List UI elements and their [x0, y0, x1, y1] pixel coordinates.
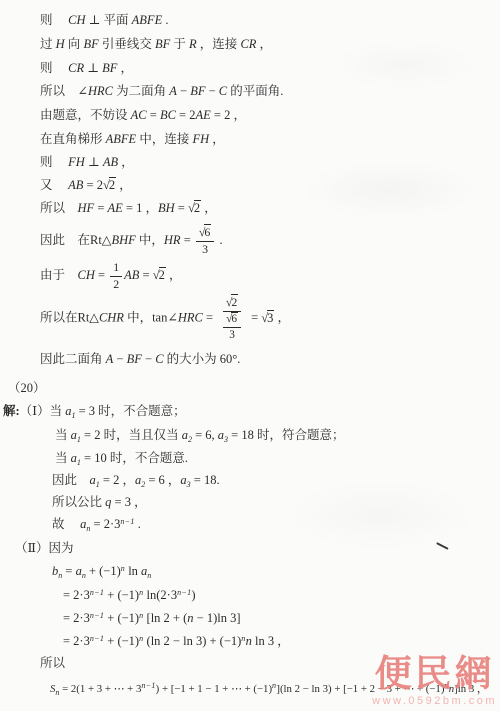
text-line: Sn = 2(1 + 3 + ⋯ + 3n−1) + [−1 + 1 − 1 +… — [50, 681, 488, 698]
text-line: 所以 — [40, 656, 65, 672]
text-line: （Ⅱ）因为 — [15, 541, 74, 557]
radical: √2 — [188, 201, 201, 217]
text-line: = 2·3n−1 + (−1)n ln(2·3n−1) — [63, 588, 196, 604]
scan-smudge — [300, 160, 480, 220]
radical: √2 — [103, 178, 116, 194]
pen-mark — [436, 542, 448, 549]
text-line: 又 AB = 2√2 ， — [40, 178, 132, 194]
text-line: 在直角梯形 ABFE 中，连接 FH ， — [40, 132, 225, 148]
fraction: √63 — [223, 313, 241, 342]
radical: √2 — [226, 296, 238, 310]
text-line: = 2·3n−1 + (−1)n (ln 2 − ln 3) + (−1)nn … — [63, 634, 290, 650]
text-line: （20） — [8, 381, 46, 397]
radical: √2 — [153, 268, 166, 284]
text-line: 因此 在Rt△BHF 中，HR = √63 . — [40, 226, 223, 256]
radical: √6 — [226, 313, 238, 326]
text-line: 则 CH ⊥ 平面 ABFE . — [40, 13, 168, 29]
text-line: 所以在Rt△CHR 中，tan∠HRC = √2√63 = √3 ， — [40, 296, 290, 342]
fraction: √2√63 — [218, 296, 246, 342]
text-line: 所以公比 q = 3 ， — [52, 495, 147, 511]
text-line: 则 FH ⊥ AB ， — [40, 155, 134, 171]
document-page: 则 CH ⊥ 平面 ABFE .过 H 向 BF 引垂线交 BF 于 R ，连接… — [0, 0, 500, 711]
text-line: 因此 a1 = 2 ，a2 = 6 ，a3 = 18. — [52, 473, 220, 490]
text-line: 由题意，不妨设 AC = BC = 2AE = 2 ， — [40, 108, 246, 124]
fraction: √63 — [196, 226, 214, 256]
text-line: 所以 ∠HRC 为二面角 A − BF − C 的平面角. — [40, 84, 283, 100]
text-line: 当 a1 = 10 时，不合题意. — [55, 451, 188, 468]
radical: √3 — [261, 311, 274, 327]
text-line: 则 CR ⊥ BF ， — [40, 61, 133, 77]
text-line: 因此二面角 A − BF − C 的大小为 60°. — [40, 352, 240, 368]
text-line: 所以 HF = AE = 1 ，BH = √2 ， — [40, 201, 217, 217]
text-line: = 2·3n−1 + (−1)n [ln 2 + (n − 1)ln 3] — [63, 611, 241, 627]
text-line: 由于 CH = 12AB = √2 ， — [40, 261, 182, 291]
text-line: 过 H 向 BF 引垂线交 BF 于 R ，连接 CR ， — [40, 37, 272, 53]
text-line: 解:（Ⅰ）当 a1 = 3 时，不合题意； — [3, 404, 186, 421]
scan-smudge — [280, 480, 480, 550]
text-line: 故 an = 2·3n−1 . — [52, 517, 141, 534]
radical: √6 — [199, 226, 211, 240]
fraction: 12 — [110, 261, 122, 291]
text-line: 当 a1 = 2 时，当且仅当 a2 = 6, a3 = 18 时，符合题意； — [55, 428, 344, 445]
scan-smudge — [330, 40, 480, 90]
text-line: bn = an + (−1)n ln an — [52, 564, 151, 581]
